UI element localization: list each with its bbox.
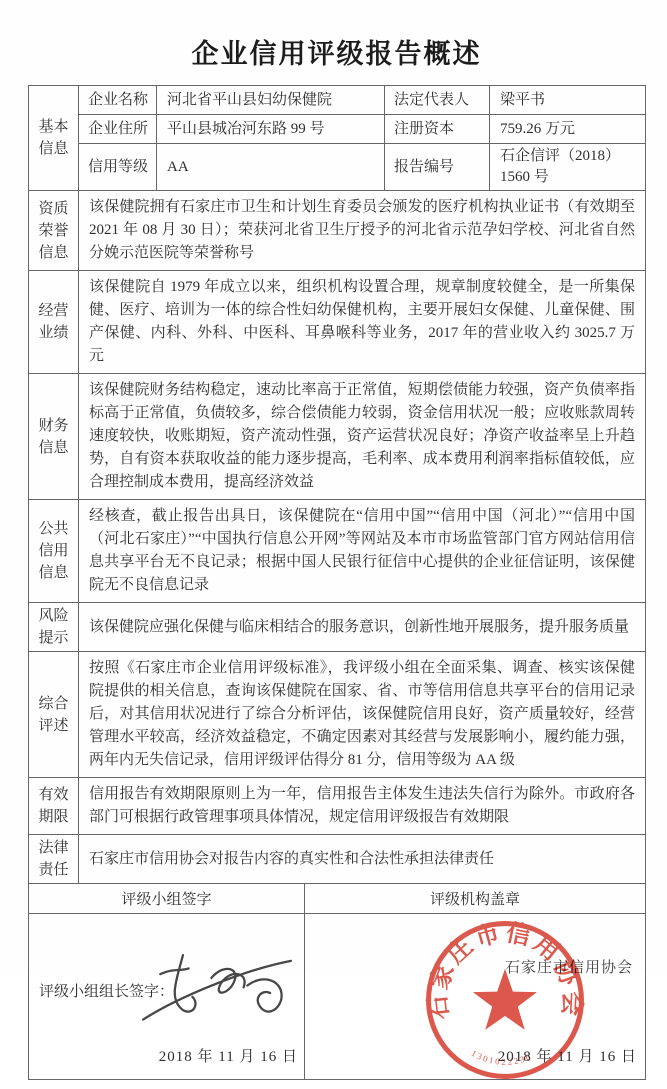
table-row: 资质 荣誉 信息 该保健院拥有石家庄市卫生和计划生育委员会颁发的医疗机构执业证书…	[29, 191, 646, 271]
table-row: 基本 信息 企业名称 河北省平山县妇幼保健院 法定代表人 梁平书	[29, 86, 646, 115]
table-row: 评级小组签字 评级机构盖章	[29, 884, 646, 914]
right-date: 2018 年 11 月 16 日	[498, 1045, 637, 1066]
signoff-table: 评级小组签字 评级机构盖章 评级小组组长签字： 20	[28, 883, 646, 1080]
section-label-validity-period: 有效 期限	[29, 778, 79, 835]
field-value-company-address: 平山县城冶河东路 99 号	[157, 115, 385, 144]
field-value-registered-capital: 759.26 万元	[490, 115, 646, 144]
field-value-credit-grade: AA	[157, 144, 385, 191]
table-row: 信用等级 AA 报告编号 石企信评（2018）1560 号	[29, 144, 646, 191]
handwritten-signature	[137, 940, 299, 1030]
section-label-qualification-honors: 资质 荣誉 信息	[29, 191, 79, 271]
signoff-header-agency-seal: 评级机构盖章	[305, 884, 646, 914]
section-text-comprehensive-review: 按照《石家庄市企业信用评级标准》，我评级小组在全面采集、调查、核实该保健院提供的…	[79, 652, 646, 778]
section-label-risk-warning: 风险 提示	[29, 603, 79, 652]
section-text-financial-info: 该保健院财务结构稳定，速动比率高于正常值，短期偿债能力较强，资产负债率指标高于正…	[79, 374, 646, 500]
credit-rating-report-page: 企业信用评级报告概述 基本 信息 企业名称 河北省平山县妇幼保健院 法定代表人 …	[0, 0, 667, 973]
section-label-public-credit-info: 公共 信用 信息	[29, 500, 79, 603]
section-label-comprehensive-review: 综合 评述	[29, 652, 79, 778]
section-label-legal-liability: 法律 责任	[29, 835, 79, 884]
table-row: 评级小组组长签字： 2018 年 11 月 16 日 石家庄市信用协会	[29, 914, 646, 1080]
stamp-cell: 石家庄市信用协会 石家庄市信用协会 1301022230	[305, 914, 646, 1080]
field-key-company-address: 企业住所	[79, 115, 157, 144]
section-text-legal-liability: 石家庄市信用协会对报告内容的真实性和合法性承担法律责任	[79, 835, 646, 884]
stamp-star-icon	[473, 969, 537, 1030]
signature-cell: 评级小组组长签字： 2018 年 11 月 16 日	[29, 914, 305, 1080]
field-value-company-name: 河北省平山县妇幼保健院	[157, 86, 385, 115]
signoff-header-team-signature: 评级小组签字	[29, 884, 305, 914]
page-title: 企业信用评级报告概述	[28, 32, 645, 71]
section-text-risk-warning: 该保健院应强化保健与临床相结合的服务意识，创新性地开展服务，提升服务质量	[79, 603, 646, 652]
table-row: 有效 期限 信用报告有效期限原则上为一年，信用报告主体发生违法失信行为除外。市政…	[29, 778, 646, 835]
left-date: 2018 年 11 月 16 日	[159, 1045, 298, 1066]
table-row: 财务 信息 该保健院财务结构稳定，速动比率高于正常值，短期偿债能力较强，资产负债…	[29, 374, 646, 500]
field-key-legal-representative: 法定代表人	[385, 86, 490, 115]
table-row: 企业住所 平山县城冶河东路 99 号 注册资本 759.26 万元	[29, 115, 646, 144]
report-table: 基本 信息 企业名称 河北省平山县妇幼保健院 法定代表人 梁平书 企业住所 平山…	[28, 85, 646, 884]
field-value-legal-representative: 梁平书	[490, 86, 646, 115]
table-row: 风险 提示 该保健院应强化保健与临床相结合的服务意识，创新性地开展服务，提升服务…	[29, 603, 646, 652]
field-key-company-name: 企业名称	[79, 86, 157, 115]
section-label-basic-info: 基本 信息	[29, 86, 79, 191]
table-row: 法律 责任 石家庄市信用协会对报告内容的真实性和合法性承担法律责任	[29, 835, 646, 884]
section-label-financial-info: 财务 信息	[29, 374, 79, 500]
field-key-report-number: 报告编号	[385, 144, 490, 191]
section-label-business-performance: 经营 业绩	[29, 271, 79, 374]
field-value-report-number: 石企信评（2018）1560 号	[490, 144, 646, 191]
field-key-credit-grade: 信用等级	[79, 144, 157, 191]
table-row: 公共 信用 信息 经核查，截止报告出具日，该保健院在“信用中国”“信用中国（河北…	[29, 500, 646, 603]
section-text-validity-period: 信用报告有效期限原则上为一年，信用报告主体发生违法失信行为除外。市政府各部门可根…	[79, 778, 646, 835]
field-key-registered-capital: 注册资本	[385, 115, 490, 144]
section-text-qualification-honors: 该保健院拥有石家庄市卫生和计划生育委员会颁发的医疗机构执业证书（有效期至 202…	[79, 191, 646, 271]
section-text-public-credit-info: 经核查，截止报告出具日，该保健院在“信用中国”“信用中国（河北）”“信用中国（河…	[79, 500, 646, 603]
table-row: 经营 业绩 该保健院自 1979 年成立以来，组织机构设置合理，规章制度较健全，…	[29, 271, 646, 374]
agency-name-text: 石家庄市信用协会	[505, 956, 633, 977]
section-text-business-performance: 该保健院自 1979 年成立以来，组织机构设置合理，规章制度较健全，是一所集保健…	[79, 271, 646, 374]
table-row: 综合 评述 按照《石家庄市企业信用评级标准》，我评级小组在全面采集、调查、核实该…	[29, 652, 646, 778]
